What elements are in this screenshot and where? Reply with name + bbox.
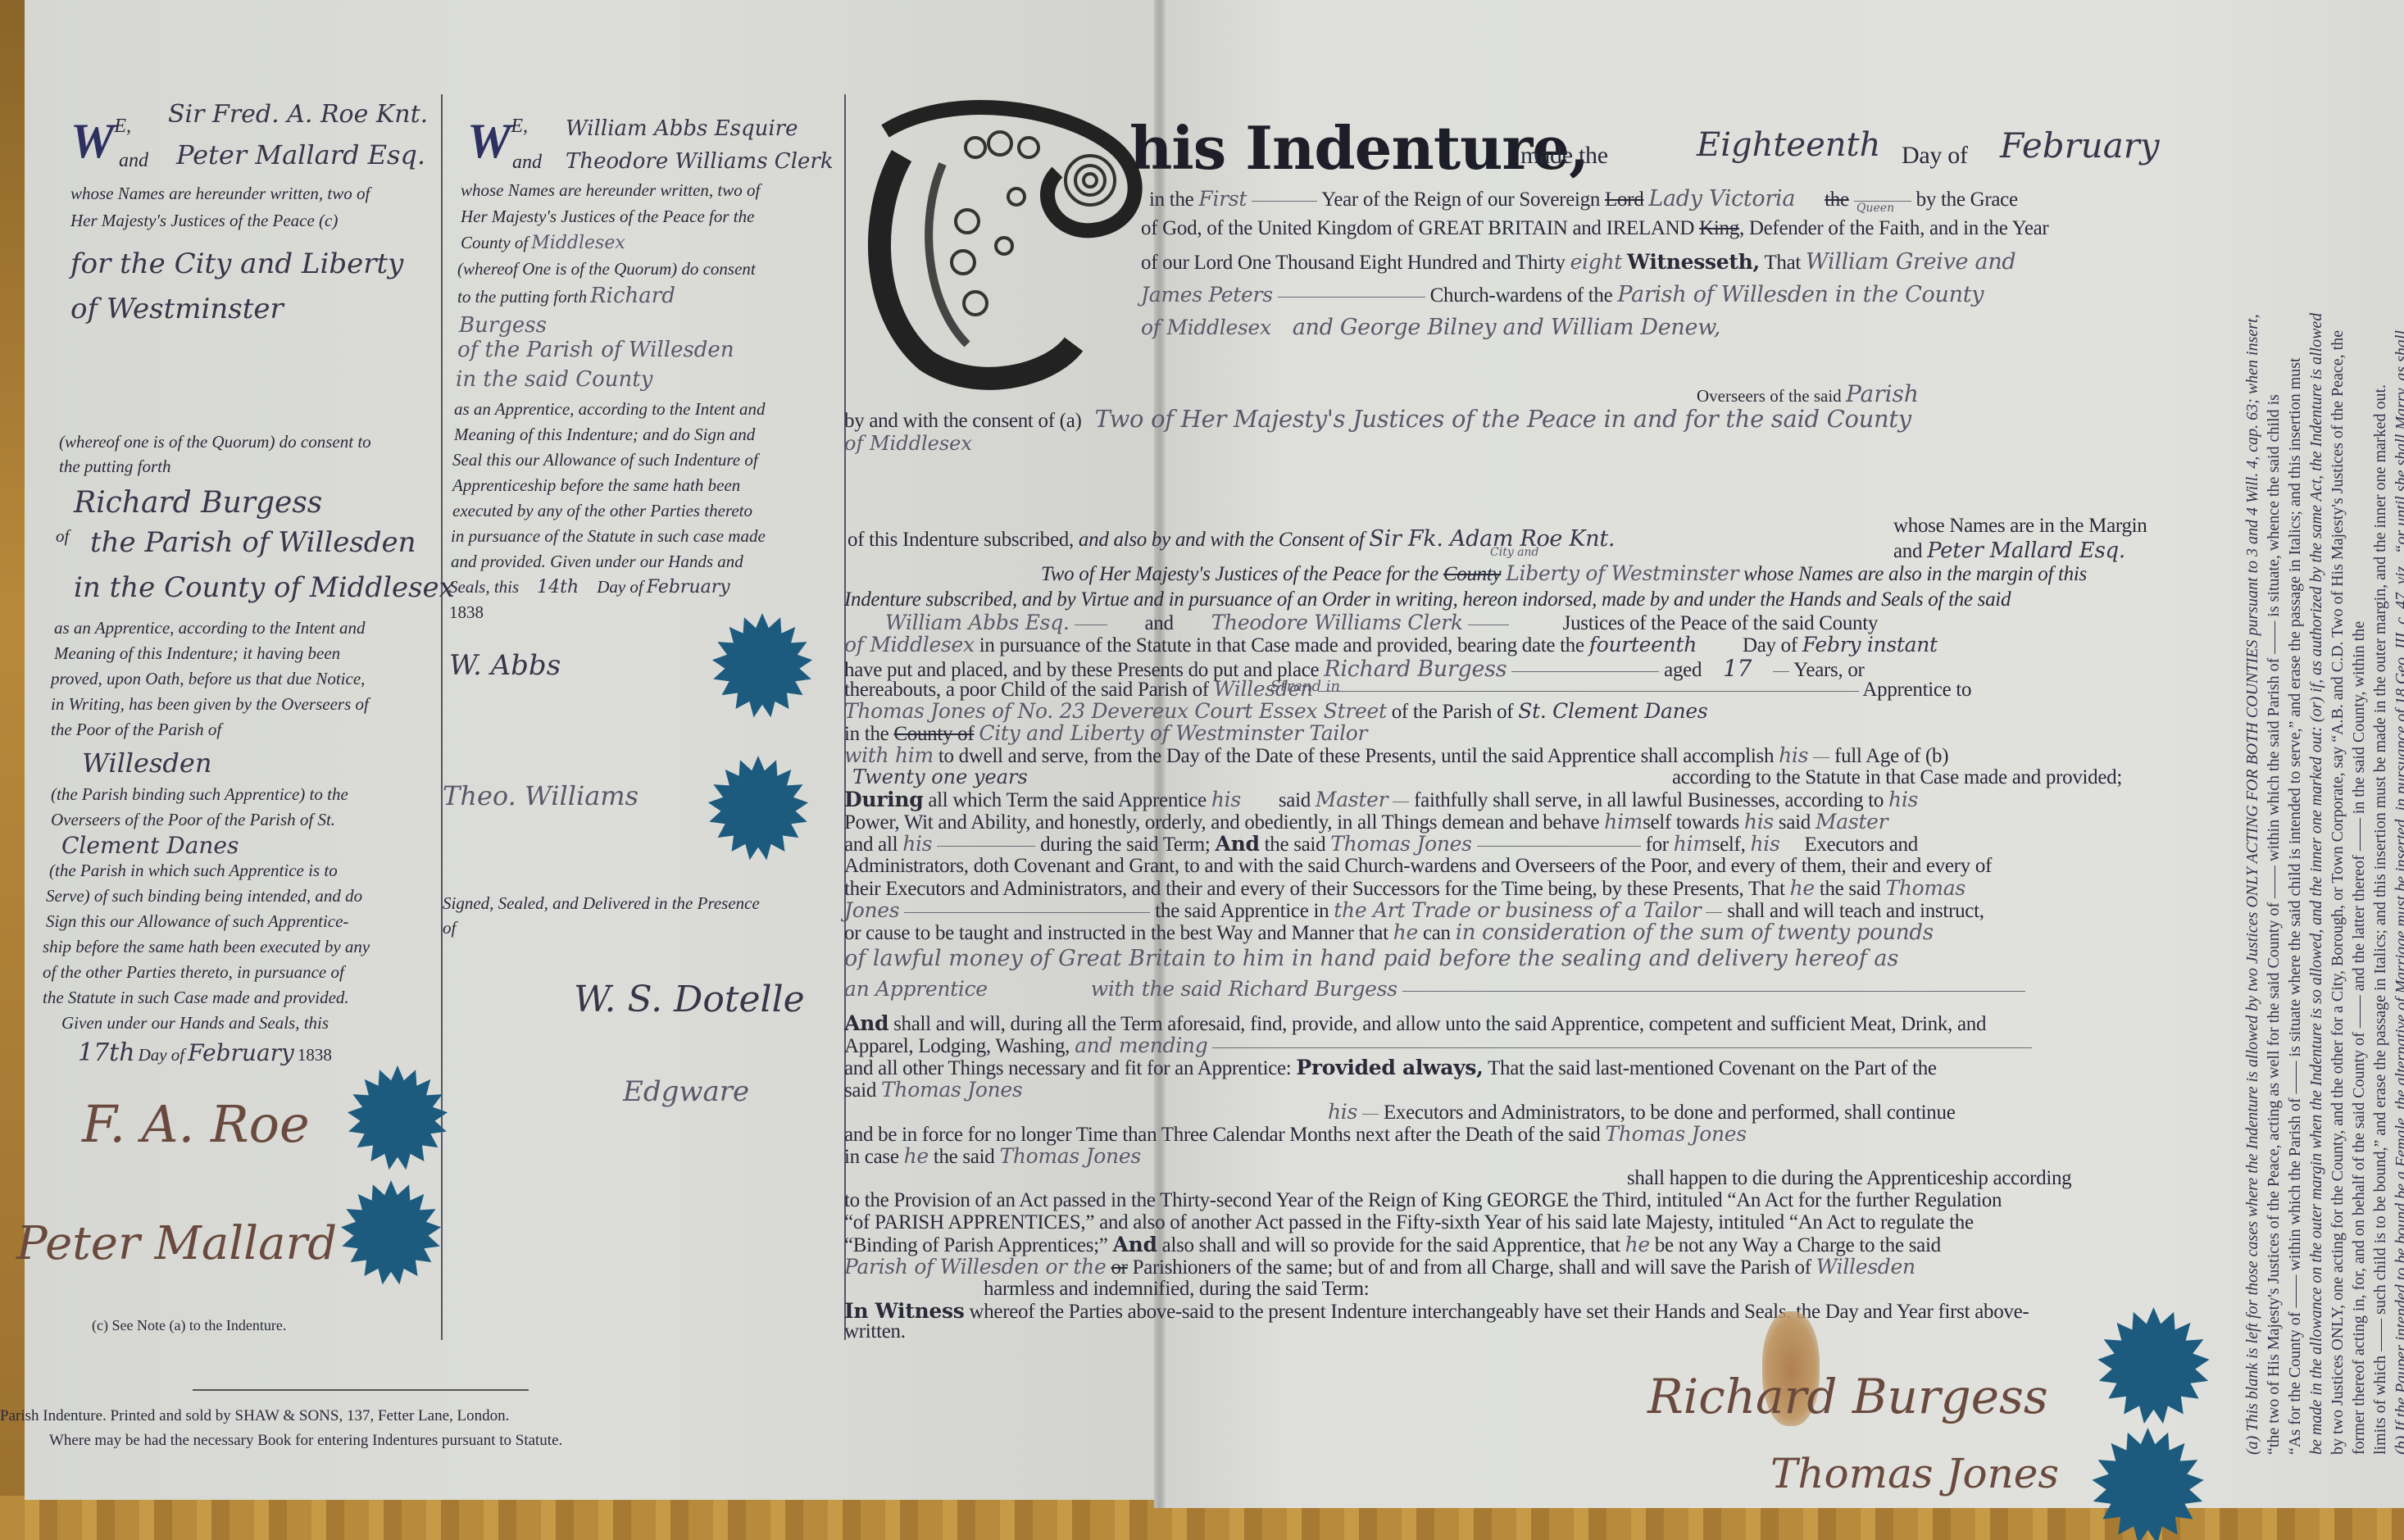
- side-footnotes: (a) This blank is left for those cases w…: [2242, 61, 2404, 1455]
- signature-master: Thomas Jones: [1770, 1447, 2059, 1502]
- signature-abbs: W. Abbs: [449, 647, 561, 685]
- wafer-seal-2: [705, 756, 811, 862]
- justice-name-1: Sir Fred. A. Roe Knt.: [168, 98, 428, 132]
- drop-cap-w: W: [70, 114, 114, 168]
- signature-mallard: Peter Mallard: [16, 1213, 337, 1275]
- wafer-seal-4: [338, 1180, 444, 1287]
- ornamental-initial-t: [852, 98, 1156, 393]
- imprint-line-2: Where may be had the necessary Book for …: [49, 1430, 562, 1451]
- apprentice-name: Richard Burgess: [74, 484, 322, 524]
- drop-cap-w: W: [467, 114, 511, 168]
- imprint-rule: [193, 1389, 529, 1391]
- imprint-line-1: Parish Indenture. Printed and sold by SH…: [0, 1406, 509, 1427]
- indenture-day: Eighteenth: [1697, 123, 1880, 167]
- justice-name-2: Theodore Williams Clerk: [566, 148, 834, 176]
- signature-williams: Theo. Williams: [443, 779, 638, 814]
- justice-name-1: William Abbs Esquire: [566, 115, 798, 143]
- indenture-month: February: [2000, 123, 2160, 170]
- witness-signature-1: W. S. Dotelle: [574, 975, 805, 1024]
- signature-apprentice: Richard Burgess: [1647, 1365, 2048, 1429]
- signature-roe: F. A. Roe: [82, 1090, 310, 1159]
- wafer-seal-3: [344, 1065, 451, 1172]
- wafer-seal-6: [2088, 1428, 2207, 1540]
- footnote-c: (c) See Note (a) to the Indenture.: [92, 1315, 286, 1335]
- wafer-seal-5: [2094, 1307, 2213, 1426]
- witness-signature-2: Edgware: [623, 1074, 749, 1111]
- witness-label: Signed, Sealed, and Delivered in the Pre…: [443, 892, 760, 915]
- justice-name-2: Peter Mallard Esq.: [176, 138, 425, 173]
- jurisdiction: for the City and Liberty: [70, 246, 403, 284]
- wafer-seal-1: [709, 613, 816, 720]
